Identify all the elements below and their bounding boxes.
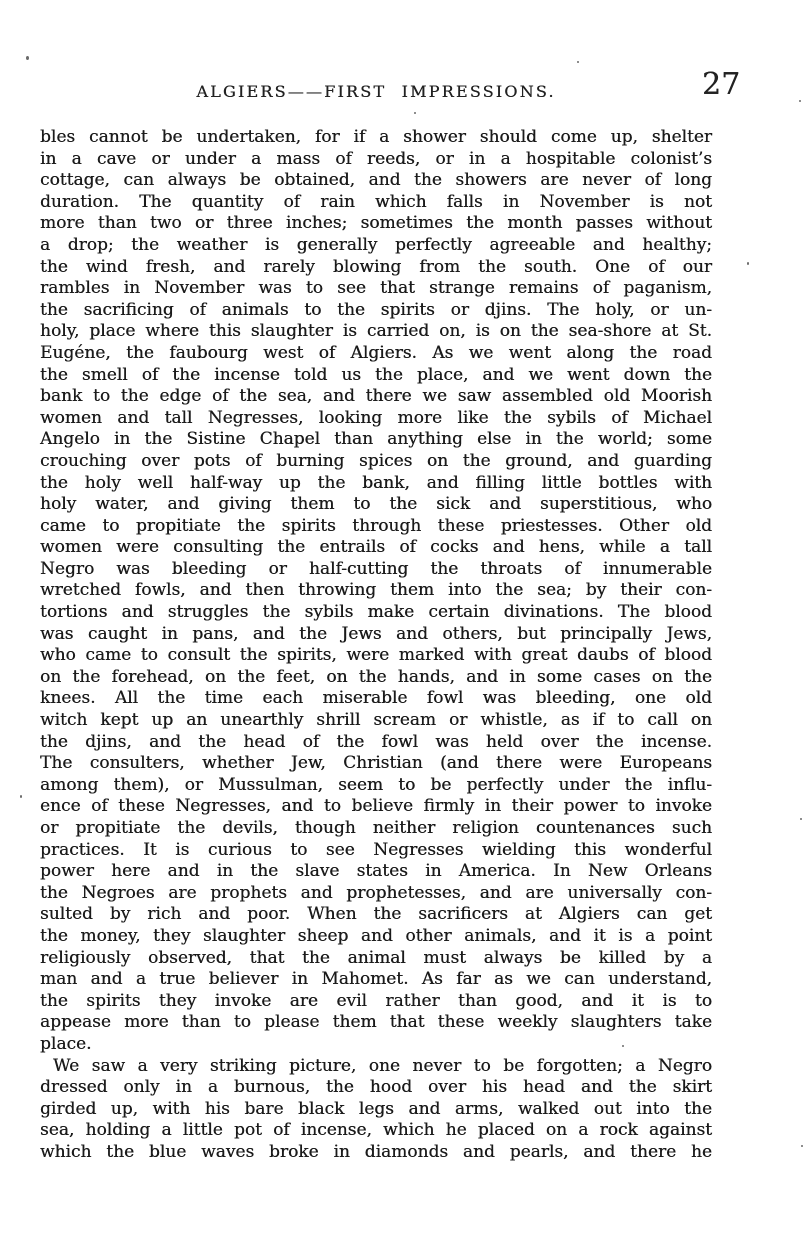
- text-line: women were consulting the entrails of co…: [40, 537, 712, 559]
- text-line: the money, they slaughter sheep and othe…: [40, 926, 712, 948]
- text-line: bank to the edge of the sea, and there w…: [40, 386, 712, 408]
- text-line: The consulters, whether Jew, Christian (…: [40, 753, 712, 775]
- text-line: man and a true believer in Mahomet. As f…: [40, 969, 712, 991]
- text-line: witch kept up an unearthly shrill scream…: [40, 710, 712, 732]
- text-line: the smell of the incense told us the pla…: [40, 365, 712, 387]
- text-line: the spirits they invoke are evil rather …: [40, 991, 712, 1013]
- text-line: was caught in pans, and the Jews and oth…: [40, 624, 712, 646]
- text-line: more than two or three inches; sometimes…: [40, 213, 712, 235]
- text-line: a drop; the weather is generally perfect…: [40, 235, 712, 257]
- text-line: wretched fowls, and then throwing them i…: [40, 580, 712, 602]
- page-number: 27: [702, 70, 740, 100]
- text-line: tortions and struggles the sybils make c…: [40, 602, 712, 624]
- text-line: rambles in November was to see that stra…: [40, 278, 712, 300]
- text-line: or propitiate the devils, though neither…: [40, 818, 712, 840]
- text-line: the sacrificing of animals to the spirit…: [40, 300, 712, 322]
- text-line: appease more than to please them that th…: [40, 1012, 712, 1034]
- text-line: We saw a very striking picture, one neve…: [40, 1056, 712, 1078]
- scan-speck: [747, 262, 749, 265]
- text-line: crouching over pots of burning spices on…: [40, 451, 712, 473]
- text-line: sulted by rich and poor. When the sacrif…: [40, 904, 712, 926]
- text-line: ence of these Negresses, and to believe …: [40, 796, 712, 818]
- paragraph: We saw a very striking picture, one neve…: [40, 1056, 712, 1164]
- scan-speck: [622, 1045, 624, 1047]
- text-line: came to propitiate the spirits through t…: [40, 516, 712, 538]
- text-line: on the forehead, on the feet, on the han…: [40, 667, 712, 689]
- text-line: sea, holding a little pot of incense, wh…: [40, 1120, 712, 1142]
- text-line: religiously observed, that the animal mu…: [40, 948, 712, 970]
- text-line: Negro was bleeding or half-cutting the t…: [40, 559, 712, 581]
- text-line: practices. It is curious to see Negresse…: [40, 840, 712, 862]
- text-line: girded up, with his bare black legs and …: [40, 1099, 712, 1121]
- text-line: bles cannot be undertaken, for if a show…: [40, 127, 712, 149]
- running-head-title: ALGIERS——FIRST IMPRESSIONS.: [40, 82, 712, 101]
- text-line: holy, place where this slaughter is carr…: [40, 321, 712, 343]
- text-line: knees. All the time each miserable fowl …: [40, 688, 712, 710]
- scan-speck: [414, 112, 416, 114]
- text-line: holy water, and giving them to the sick …: [40, 494, 712, 516]
- text-line: the holy well half-way up the bank, and …: [40, 473, 712, 495]
- text-line: place.: [40, 1034, 712, 1056]
- page-body: bles cannot be undertaken, for if a show…: [40, 127, 712, 1164]
- text-line: which the blue waves broke in diamonds a…: [40, 1142, 712, 1164]
- text-line: cottage, can always be obtained, and the…: [40, 170, 712, 192]
- text-line: women and tall Negresses, looking more l…: [40, 408, 712, 430]
- text-line: among them), or Mussulman, seem to be pe…: [40, 775, 712, 797]
- scan-speck: [20, 795, 22, 798]
- scan-speck: [801, 1145, 803, 1147]
- running-head: ALGIERS——FIRST IMPRESSIONS.: [40, 82, 712, 106]
- scan-speck: [800, 818, 802, 820]
- book-page: ALGIERS——FIRST IMPRESSIONS. 27 bles cann…: [0, 0, 810, 1249]
- text-line: Angelo in the Sistine Chapel than anythi…: [40, 429, 712, 451]
- scan-speck: [577, 61, 579, 63]
- scan-speck: [26, 56, 29, 60]
- text-line: the Negroes are prophets and prophetesse…: [40, 883, 712, 905]
- text-line: dressed only in a burnous, the hood over…: [40, 1077, 712, 1099]
- text-line: duration. The quantity of rain which fal…: [40, 192, 712, 214]
- text-line: Eugéne, the faubourg west of Algiers. As…: [40, 343, 712, 365]
- text-line: in a cave or under a mass of reeds, or i…: [40, 149, 712, 171]
- scan-speck: [799, 100, 801, 102]
- text-line: who came to consult the spirits, were ma…: [40, 645, 712, 667]
- paragraph: bles cannot be undertaken, for if a show…: [40, 127, 712, 1056]
- text-line: power here and in the slave states in Am…: [40, 861, 712, 883]
- text-line: the wind fresh, and rarely blowing from …: [40, 257, 712, 279]
- text-line: the djins, and the head of the fowl was …: [40, 732, 712, 754]
